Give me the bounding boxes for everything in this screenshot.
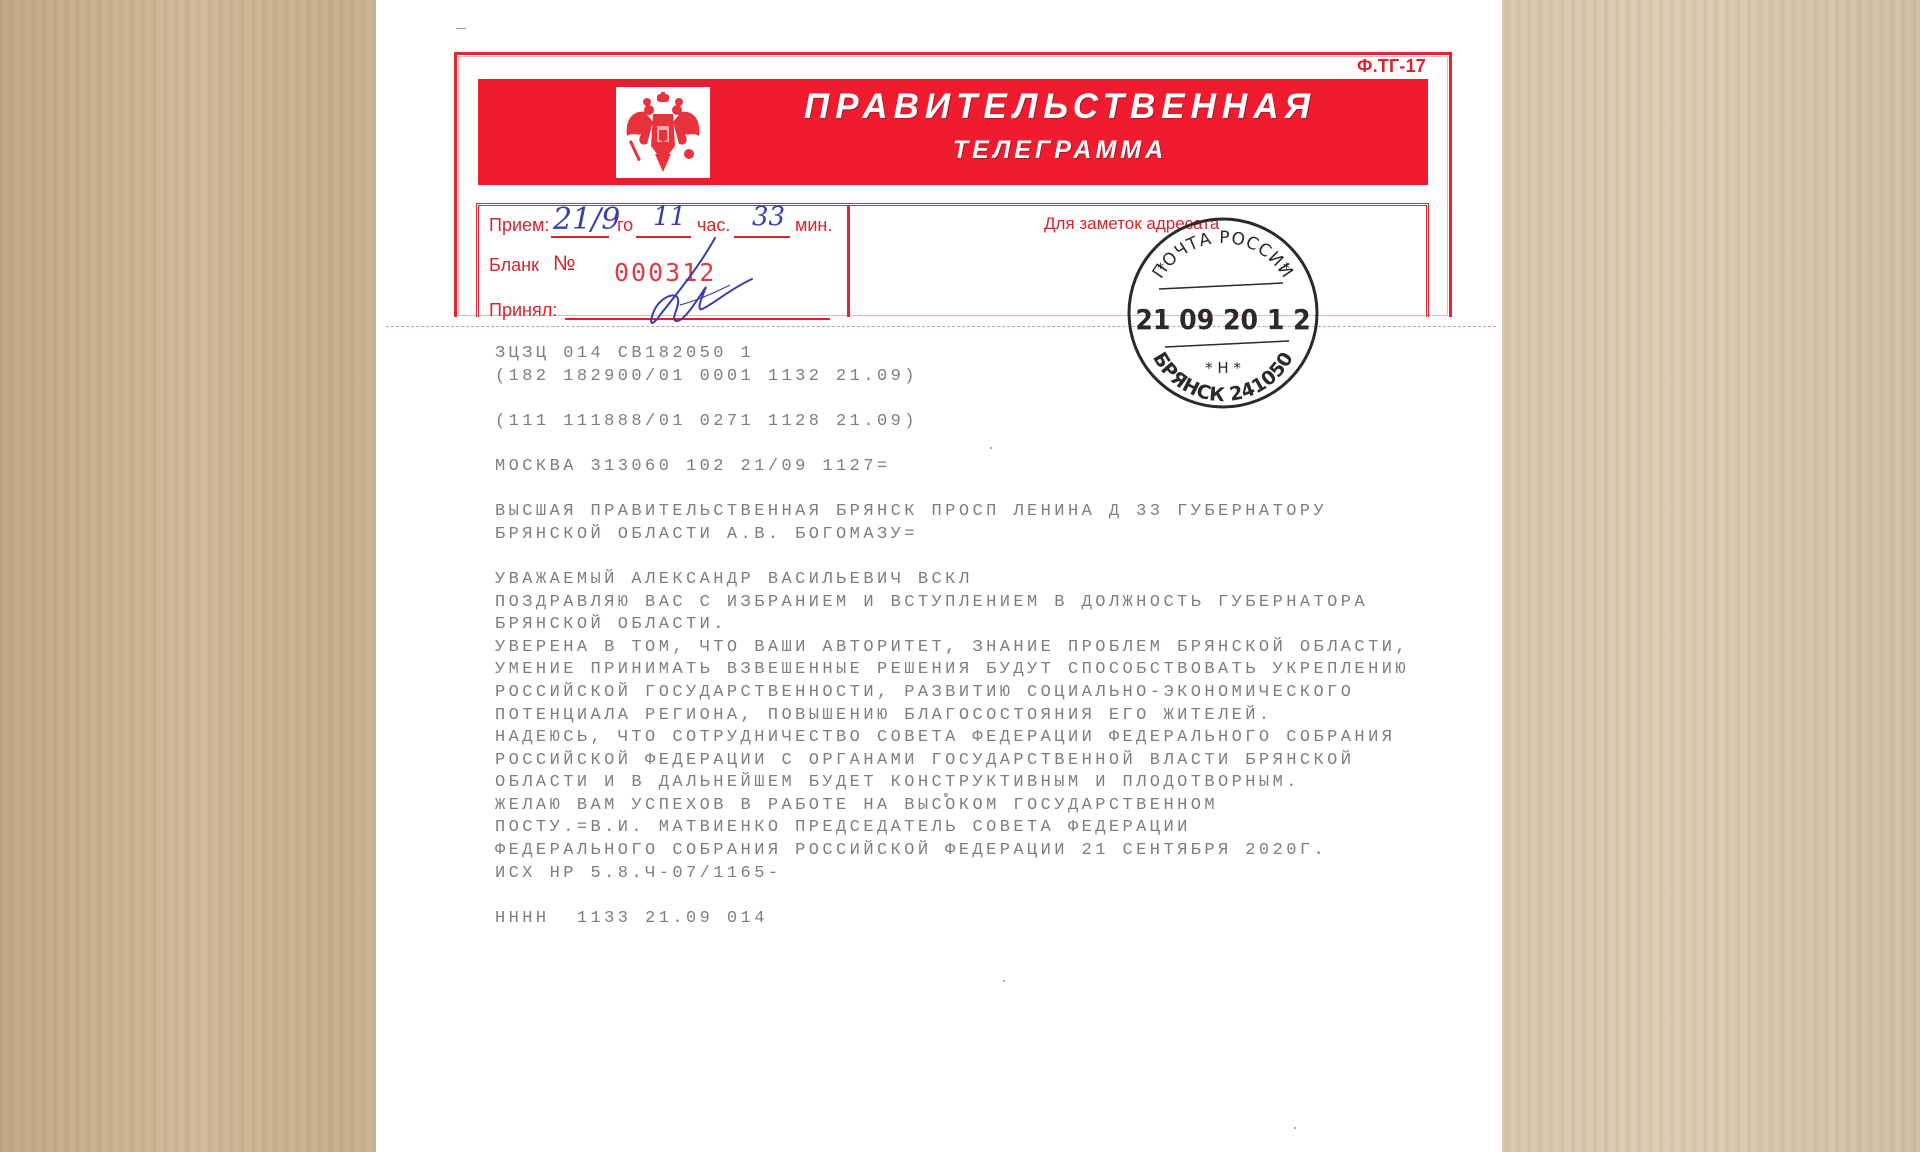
minute-suffix: мин. bbox=[795, 215, 832, 236]
telegram-line: НННН 1133 21.09 014 bbox=[495, 908, 1409, 931]
telegram-line: (111 111888/01 0271 1128 21.09) bbox=[495, 411, 1409, 434]
number-sign: № bbox=[553, 252, 576, 276]
section-divider bbox=[847, 206, 850, 317]
telegram-line: МОСКВА 313060 102 21/09 1127= bbox=[495, 456, 1409, 479]
received-hour: 11 bbox=[653, 202, 686, 232]
telegram-line: РОССИЙСКОЙ ФЕДЕРАЦИИ С ОРГАНАМИ ГОСУДАРС… bbox=[495, 750, 1409, 773]
telegram-line: БРЯНСКОЙ ОБЛАСТИ. bbox=[495, 614, 1409, 637]
telegram-line: (182 182900/01 0001 1132 21.09) bbox=[495, 366, 1409, 389]
telegram-line: ЖЕЛАЮ ВАМ УСПЕХОВ В РАБОТЕ НА ВЫСОКОМ ГО… bbox=[495, 795, 1409, 818]
telegram-line: ПОЗДРАВЛЯЮ ВАС С ИЗБРАНИЕМ И ВСТУПЛЕНИЕМ… bbox=[495, 592, 1409, 615]
telegram-line: ПОСТУ.=В.И. МАТВИЕНКО ПРЕДСЕДАТЕЛЬ СОВЕТ… bbox=[495, 817, 1409, 840]
blank-label: Бланк bbox=[489, 255, 539, 276]
date-suffix: го bbox=[617, 215, 633, 236]
telegram-blank-line bbox=[495, 433, 1409, 456]
russian-coat-of-arms-icon bbox=[616, 87, 710, 178]
telegram-line: УМЕНИЕ ПРИНИМАТЬ ВЗВЕШЕННЫЕ РЕШЕНИЯ БУДУ… bbox=[495, 659, 1409, 682]
received-label: Прием: bbox=[489, 215, 549, 236]
telegram-line: ВЫСШАЯ ПРАВИТЕЛЬСТВЕННАЯ БРЯНСК ПРОСП ЛЕ… bbox=[495, 501, 1409, 524]
svg-text:*: * bbox=[1157, 261, 1164, 277]
telegram-line: УВЕРЕНА В ТОМ, ЧТО ВАШИ АВТОРИТЕТ, ЗНАНИ… bbox=[495, 637, 1409, 660]
telegram-line: ОБЛАСТИ И В ДАЛЬНЕЙШЕМ БУДЕТ КОНСТРУКТИВ… bbox=[495, 772, 1409, 795]
telegram-line: УВАЖАЕМЫЙ АЛЕКСАНДР ВАСИЛЬЕВИЧ ВСКЛ bbox=[495, 569, 1409, 592]
received-minute: 33 bbox=[752, 202, 785, 232]
hour-suffix: час. bbox=[697, 215, 730, 236]
telegram-line: ИСХ НР 5.8.Ч-07/1165- bbox=[495, 863, 1409, 886]
telegram-line: РОССИЙСКОЙ ГОСУДАРСТВЕННОСТИ, РАЗВИТИЮ С… bbox=[495, 682, 1409, 705]
telegram-line: НАДЕЮСЬ, ЧТО СОТРУДНИЧЕСТВО СОВЕТА ФЕДЕР… bbox=[495, 727, 1409, 750]
telegram-line: ФЕДЕРАЛЬНОГО СОБРАНИЯ РОССИЙСКОЙ ФЕДЕРАЦ… bbox=[495, 840, 1409, 863]
svg-text:*: * bbox=[1283, 261, 1290, 277]
telegram-line: ПОТЕНЦИАЛА РЕГИОНА, ПОВЫШЕНИЮ БЛАГОСОСТО… bbox=[495, 705, 1409, 728]
signature-icon bbox=[640, 235, 760, 335]
form-code: Ф.ТГ-17 bbox=[1346, 56, 1426, 77]
telegram-blank-line bbox=[495, 885, 1409, 908]
telegram-blank-line bbox=[495, 479, 1409, 502]
tear-line bbox=[386, 326, 1496, 327]
telegram-blank-line bbox=[495, 546, 1409, 569]
form-title: ПРАВИТЕЛЬСТВЕННАЯ bbox=[700, 87, 1420, 127]
received-date: 21/9 bbox=[553, 202, 620, 237]
form-subtitle: ТЕЛЕГРАММА bbox=[700, 136, 1420, 165]
accepted-label: Принял: bbox=[489, 300, 557, 321]
telegram-body: ЗЦЗЦ 014 СВ182050 1(182 182900/01 0001 1… bbox=[495, 343, 1409, 930]
telegram-blank-line bbox=[495, 388, 1409, 411]
postmark-date: 21 09 20 1 2 bbox=[1135, 303, 1310, 336]
telegram-line: БРЯНСКОЙ ОБЛАСТИ А.В. БОГОМАЗУ= bbox=[495, 524, 1409, 547]
telegram-line: ЗЦЗЦ 014 СВ182050 1 bbox=[495, 343, 1409, 366]
